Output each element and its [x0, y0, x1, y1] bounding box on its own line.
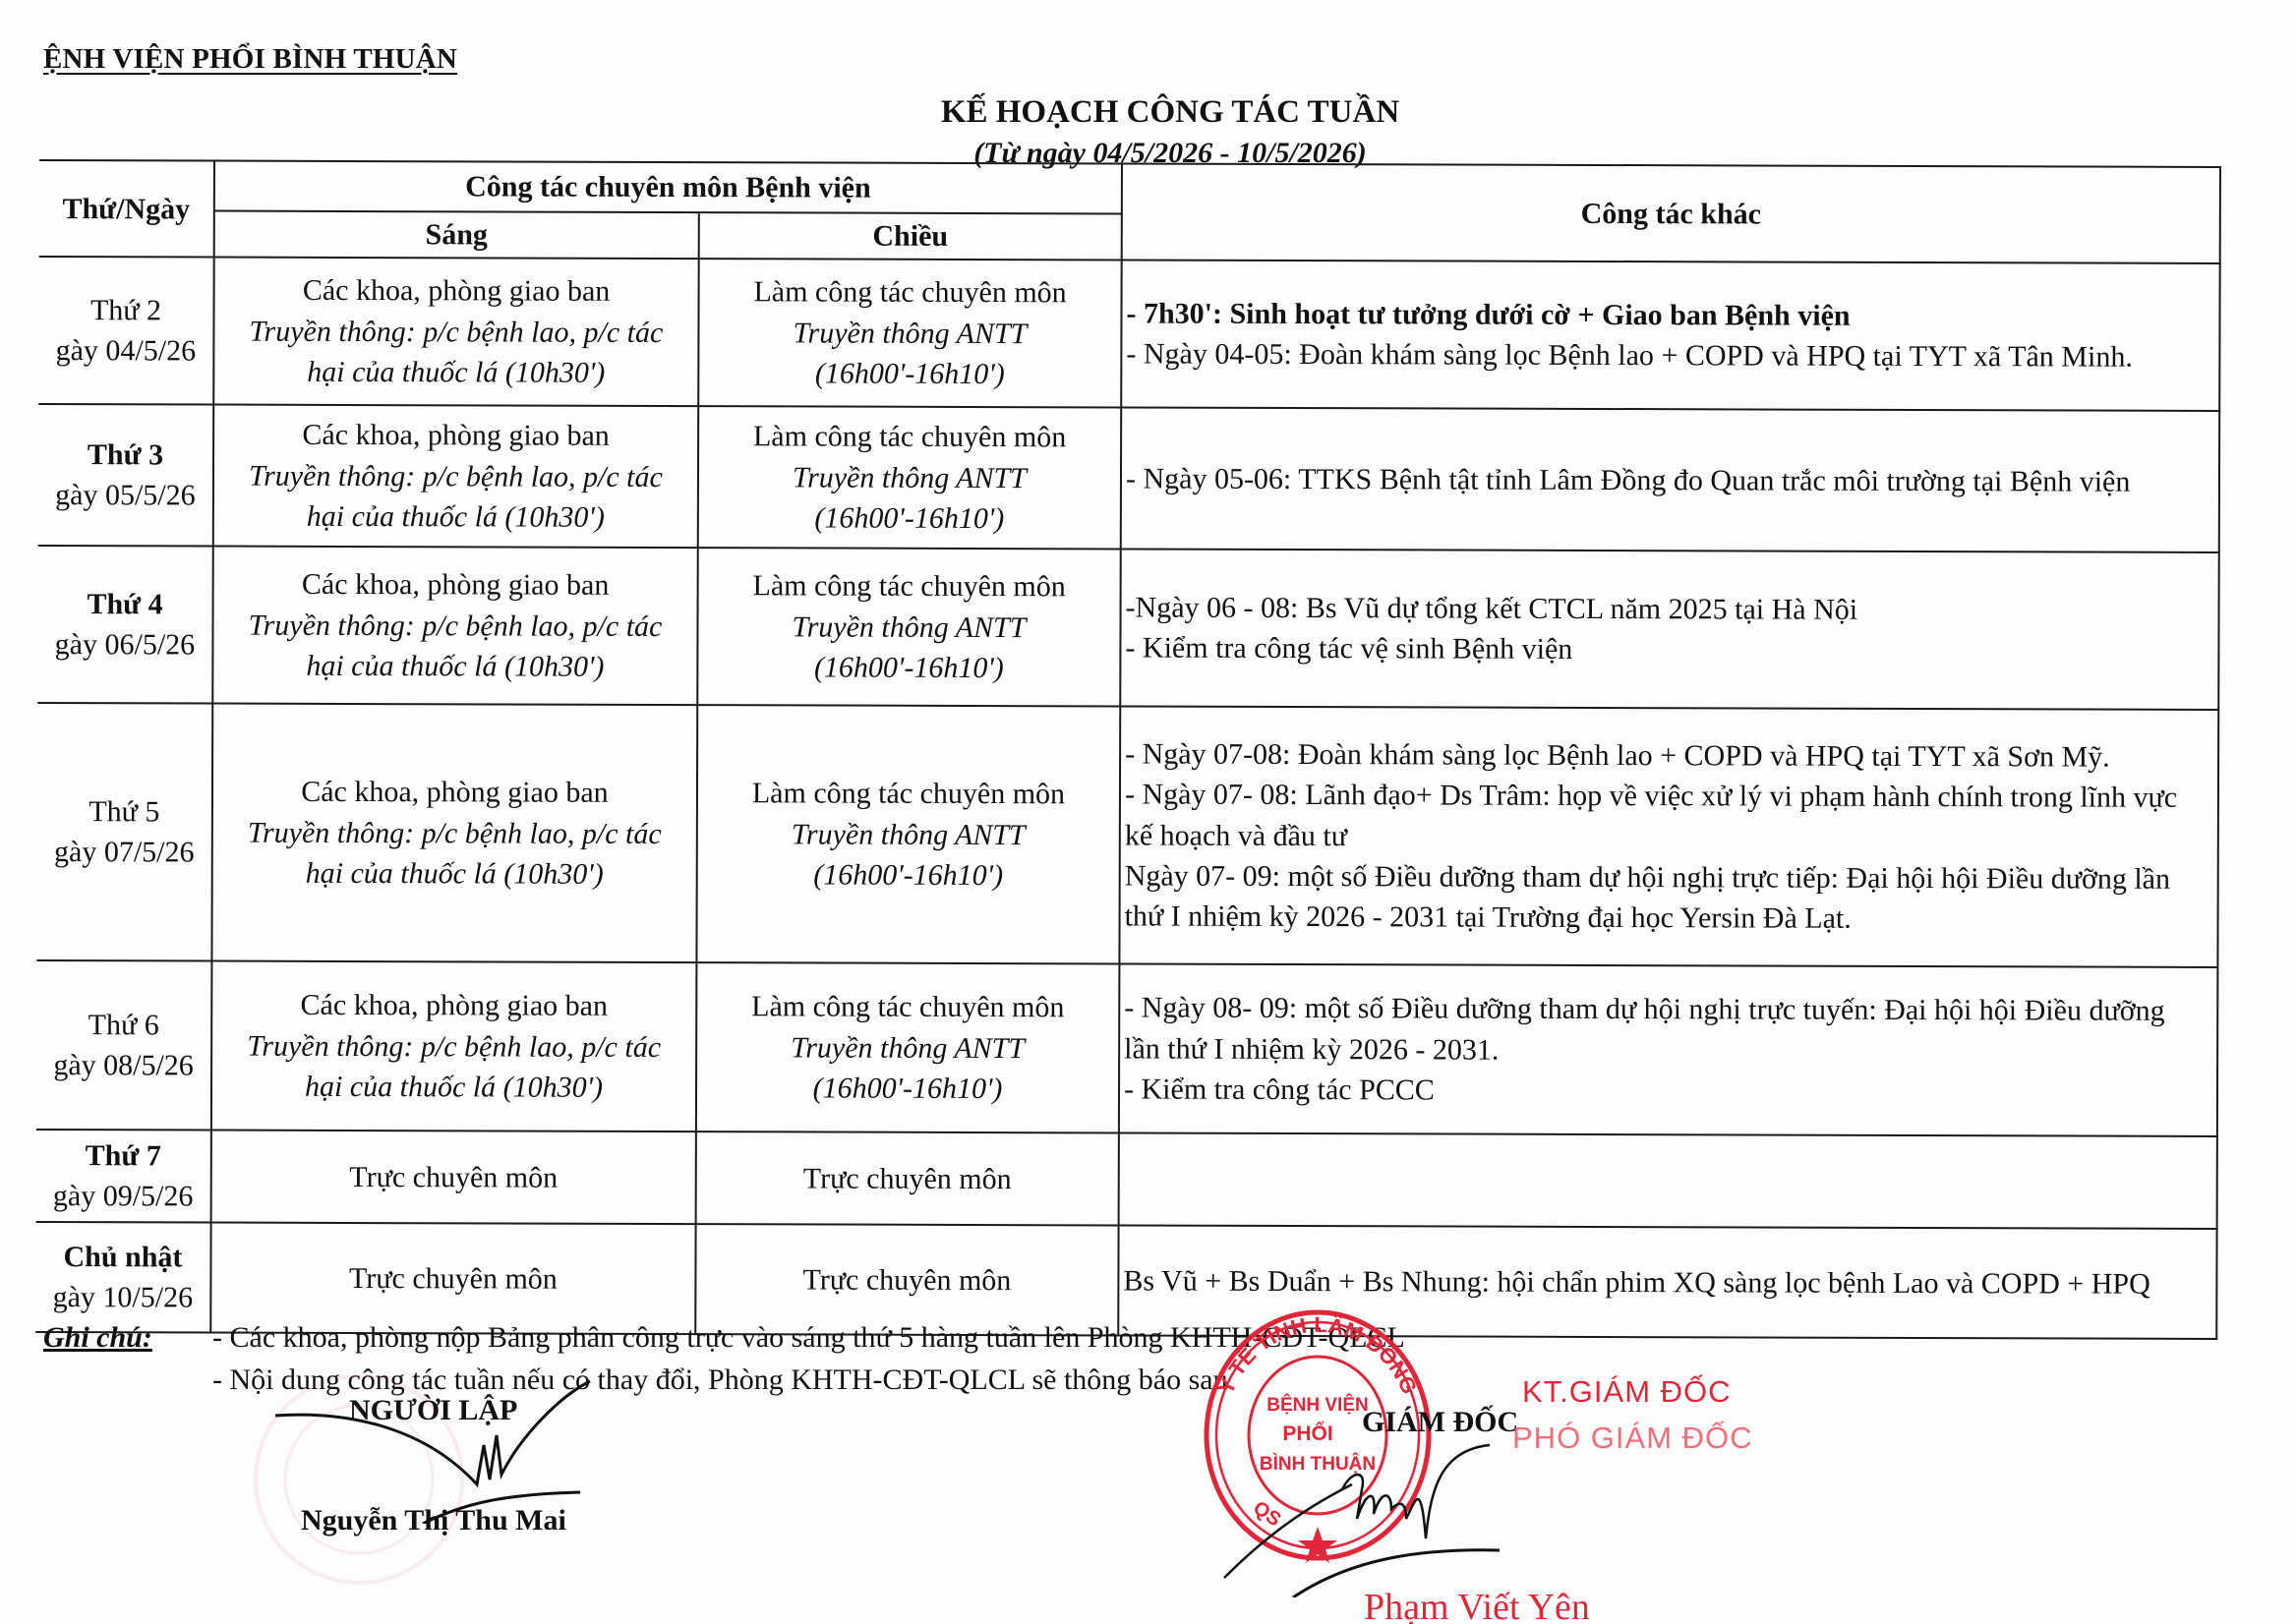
day-of-week: Thứ 5 — [39, 791, 209, 833]
other-work-item: -Ngày 06 - 08: Bs Vũ dự tổng kết CTCL nă… — [1126, 587, 2179, 631]
day-cell: Thứ 2gày 04/5/26 — [38, 257, 213, 405]
day-date: gày 09/5/26 — [38, 1176, 208, 1217]
morning-line: Các khoa, phòng giao ban — [222, 564, 689, 607]
day-of-week: Chủ nhật — [37, 1237, 207, 1278]
morning-line: Truyền thông: p/c bệnh lao, p/c tác — [221, 812, 688, 854]
director-title: GIÁM ĐỐC — [1362, 1406, 1518, 1439]
other-work-item: - Ngày 05-06: TTKS Bệnh tật tỉnh Lâm Đồn… — [1126, 458, 2179, 502]
morning-cell: Các khoa, phòng giao banTruyền thông: p/… — [212, 547, 698, 706]
afternoon-line: (16h00'-16h10') — [706, 647, 1111, 689]
morning-line: Truyền thông: p/c bệnh lao, p/c tác — [220, 1025, 687, 1068]
notes-label: Ghi chú: — [43, 1317, 152, 1360]
afternoon-line: Làm công tác chuyên môn — [707, 416, 1112, 458]
morning-line: Truyền thông: p/c bệnh lao, p/c tác — [221, 605, 688, 647]
afternoon-cell: Làm công tác chuyên mônTruyền thông ANTT… — [698, 259, 1121, 407]
other-work-item: - Ngày 07- 08: Lãnh đạo+ Ds Trâm: họp về… — [1125, 775, 2178, 859]
svg-text:QS: QS — [1249, 1497, 1284, 1532]
day-date: gày 05/5/26 — [40, 475, 210, 516]
day-of-week: Thứ 3 — [40, 435, 210, 476]
morning-cell: Các khoa, phòng giao banTruyền thông: p/… — [211, 704, 697, 963]
day-cell: Thứ 7gày 09/5/26 — [36, 1130, 211, 1223]
other-work-item: - Ngày 04-05: Đoàn khám sàng lọc Bệnh la… — [1126, 334, 2179, 378]
notes-section: Ghi chú: - Các khoa, phòng nộp Bảng phân… — [43, 1317, 1405, 1401]
afternoon-line: Truyền thông ANTT — [707, 457, 1112, 499]
other-work-item: Ngày 07- 09: một số Điều dưỡng tham dự h… — [1125, 856, 2178, 941]
afternoon-line: (16h00'-16h10') — [707, 353, 1112, 395]
day-cell: Thứ 5gày 07/5/26 — [36, 703, 212, 961]
afternoon-cell: Làm công tác chuyên mônTruyền thông ANTT… — [696, 705, 1120, 963]
afternoon-line: Trực chuyên môn — [705, 1158, 1110, 1200]
afternoon-line: Truyền thông ANTT — [706, 607, 1111, 649]
afternoon-line: Trực chuyên môn — [704, 1259, 1109, 1302]
table-row: Thứ 3gày 05/5/26Các khoa, phòng giao ban… — [38, 404, 2219, 552]
signer-name: Phạm Viết Yên — [1364, 1586, 1590, 1624]
afternoon-cell: Làm công tác chuyên mônTruyền thông ANTT… — [696, 962, 1120, 1132]
morning-line: Các khoa, phòng giao ban — [220, 985, 687, 1027]
afternoon-line: Làm công tác chuyên môn — [706, 773, 1111, 815]
day-cell: Thứ 4gày 06/5/26 — [37, 546, 213, 704]
morning-cell: Các khoa, phòng giao banTruyền thông: p/… — [211, 961, 697, 1132]
table-row: Thứ 7gày 09/5/26Trực chuyên mônTrực chuy… — [36, 1130, 2217, 1229]
svg-text:BÌNH THUẬN: BÌNH THUẬN — [1260, 1453, 1376, 1475]
day-of-week: Thứ 2 — [40, 290, 210, 331]
header-day: Thứ/Ngày — [39, 160, 214, 258]
morning-line: hại của thuốc lá (10h30') — [220, 1067, 687, 1109]
day-cell: Thứ 6gày 08/5/26 — [36, 960, 212, 1131]
deputy-director-label: PHÓ GIÁM ĐỐC — [1512, 1421, 1753, 1456]
header-hospital-work: Công tác chuyên môn Bệnh viện — [214, 161, 1122, 214]
afternoon-cell: Trực chuyên môn — [696, 1131, 1119, 1225]
day-date: gày 04/5/26 — [40, 330, 210, 372]
day-date: gày 10/5/26 — [37, 1277, 207, 1318]
other-work-item: - Ngày 07-08: Đoàn khám sàng lọc Bệnh la… — [1125, 733, 2178, 778]
morning-line: hại của thuốc lá (10h30') — [222, 496, 689, 539]
day-of-week: Thứ 4 — [40, 584, 210, 625]
afternoon-line: Truyền thông ANTT — [705, 1027, 1110, 1070]
morning-cell: Trực chuyên môn — [211, 1131, 696, 1225]
morning-cell: Các khoa, phòng giao banTruyền thông: p/… — [213, 258, 698, 407]
morning-line: Các khoa, phòng giao ban — [222, 415, 689, 457]
day-date: gày 07/5/26 — [39, 832, 209, 873]
other-work-cell: - Ngày 08- 09: một số Điều dưỡng tham dự… — [1119, 964, 2218, 1137]
preparer-name: Nguyễn Thị Thu Mai — [301, 1504, 566, 1537]
day-of-week: Thứ 6 — [38, 1005, 208, 1046]
afternoon-cell: Làm công tác chuyên mônTruyền thông ANTT… — [698, 406, 1121, 549]
table-row: Thứ 2gày 04/5/26Các khoa, phòng giao ban… — [38, 257, 2219, 411]
table-row: Thứ 5gày 07/5/26Các khoa, phòng giao ban… — [36, 703, 2218, 967]
table-row: Thứ 4gày 06/5/26Các khoa, phòng giao ban… — [37, 546, 2219, 710]
plan-body: Thứ 2gày 04/5/26Các khoa, phòng giao ban… — [35, 257, 2219, 1339]
other-work-cell — [1119, 1133, 2217, 1230]
other-work-cell: - 7h30': Sinh hoạt tư tưởng dưới cờ + Gi… — [1121, 261, 2219, 412]
other-work-item: - Ngày 08- 09: một số Điều dưỡng tham dự… — [1124, 988, 2177, 1073]
weekly-plan-table: Thứ/Ngày Công tác chuyên môn Bệnh viện C… — [35, 159, 2221, 1340]
svg-text:PHỔI: PHỔI — [1282, 1421, 1332, 1445]
morning-line: Các khoa, phòng giao ban — [223, 270, 690, 313]
afternoon-line: Làm công tác chuyên môn — [708, 271, 1113, 314]
note-item: - Các khoa, phòng nộp Bảng phân công trự… — [212, 1317, 1405, 1360]
day-date: gày 06/5/26 — [39, 624, 209, 666]
day-of-week: Thứ 7 — [38, 1135, 208, 1177]
header-morning: Sáng — [214, 211, 699, 260]
morning-cell: Các khoa, phòng giao banTruyền thông: p/… — [213, 405, 698, 549]
header-afternoon: Chiều — [699, 212, 1122, 261]
afternoon-cell: Làm công tác chuyên mônTruyền thông ANTT… — [697, 548, 1121, 706]
other-work-cell: - Ngày 05-06: TTKS Bệnh tật tỉnh Lâm Đồn… — [1121, 408, 2219, 553]
other-work-item: - Kiểm tra công tác PCCC — [1124, 1070, 2177, 1114]
morning-line: hại của thuốc lá (10h30') — [221, 853, 688, 896]
header-other-work: Công tác khác — [1122, 163, 2220, 263]
morning-line: Truyền thông: p/c bệnh lao, p/c tác — [222, 455, 689, 497]
day-cell: Thứ 3gày 05/5/26 — [38, 404, 213, 547]
organization-name: ỆNH VIỆN PHỔI BÌNH THUẬN — [43, 43, 457, 76]
other-work-item: - Kiểm tra công tác vệ sinh Bệnh viện — [1125, 628, 2178, 672]
afternoon-line: Truyền thông ANTT — [706, 814, 1111, 856]
preparer-title: NGƯỜI LẬP — [349, 1394, 517, 1427]
other-work-cell: - Ngày 07-08: Đoàn khám sàng lọc Bệnh la… — [1119, 707, 2218, 968]
morning-line: Truyền thông: p/c bệnh lao, p/c tác — [222, 311, 689, 353]
morning-line: Các khoa, phòng giao ban — [221, 772, 688, 814]
afternoon-line: Làm công tác chuyên môn — [705, 986, 1110, 1028]
acting-director-label: KT.GIÁM ĐỐC — [1522, 1374, 1732, 1410]
other-work-item: Bs Vũ + Bs Duẩn + Bs Nhung: hội chẩn phi… — [1123, 1260, 2176, 1305]
afternoon-line: (16h00'-16h10') — [707, 497, 1112, 540]
afternoon-line: Làm công tác chuyên môn — [707, 565, 1112, 608]
table-row: Thứ 6gày 08/5/26Các khoa, phòng giao ban… — [36, 960, 2218, 1136]
other-work-cell: -Ngày 06 - 08: Bs Vũ dự tổng kết CTCL nă… — [1120, 550, 2218, 711]
document-title: KẾ HOẠCH CÔNG TÁC TUẦN — [0, 94, 2296, 131]
morning-line: Trực chuyên môn — [220, 1156, 687, 1198]
morning-line: Trực chuyên môn — [219, 1257, 686, 1300]
afternoon-line: Truyền thông ANTT — [707, 313, 1112, 355]
afternoon-line: (16h00'-16h10') — [706, 854, 1111, 897]
afternoon-line: (16h00'-16h10') — [705, 1068, 1110, 1110]
other-work-item: - 7h30': Sinh hoạt tư tưởng dưới cờ + Gi… — [1126, 293, 2179, 337]
morning-line: hại của thuốc lá (10h30') — [222, 352, 689, 394]
day-date: gày 08/5/26 — [38, 1045, 208, 1086]
morning-line: hại của thuốc lá (10h30') — [221, 646, 688, 688]
